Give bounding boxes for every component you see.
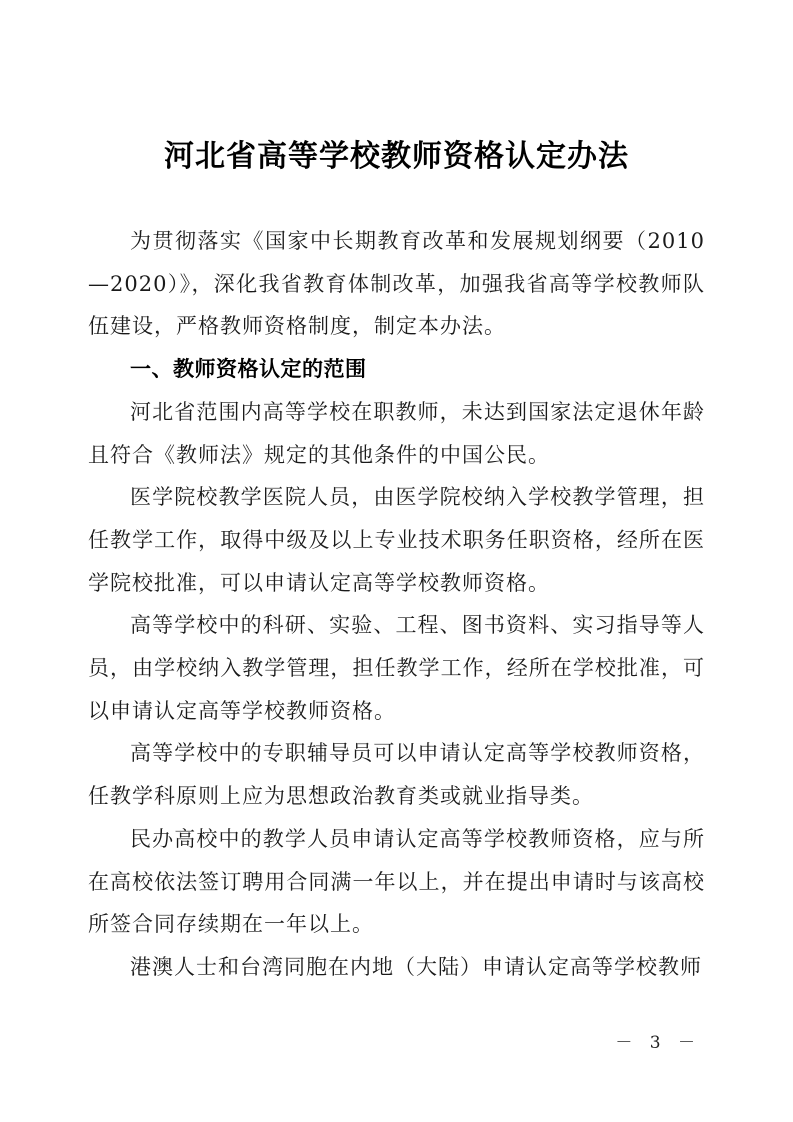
paragraph-medical-school-staff: 医学院校教学医院人员，由医学院校纳入学校教学管理，担任教学工作，取得中级及以上专… — [88, 476, 705, 604]
document-body: 为贯彻落实《国家中长期教育改革和发展规划纲要（2010—2020）》，深化我省教… — [88, 220, 705, 989]
paragraph-scope-citizens: 河北省范围内高等学校在职教师，未达到国家法定退休年龄且符合《教师法》规定的其他条… — [88, 391, 705, 476]
paragraph-counselors: 高等学校中的专职辅导员可以申请认定高等学校教师资格，任教学科原则上应为思想政治教… — [88, 732, 705, 817]
section-heading-scope: 一、教师资格认定的范围 — [88, 348, 705, 391]
document-title: 河北省高等学校教师资格认定办法 — [88, 0, 705, 176]
document-page: 河北省高等学校教师资格认定办法 为贯彻落实《国家中长期教育改革和发展规划纲要（2… — [0, 0, 793, 1122]
paragraph-hk-macau-taiwan: 港澳人士和台湾同胞在内地（大陆）申请认定高等学校教师 — [88, 946, 705, 989]
paragraph-private-college-staff: 民办高校中的教学人员申请认定高等学校教师资格，应与所在高校依法签订聘用合同满一年… — [88, 818, 705, 946]
paragraph-intro: 为贯彻落实《国家中长期教育改革和发展规划纲要（2010—2020）》，深化我省教… — [88, 220, 705, 348]
paragraph-research-staff: 高等学校中的科研、实验、工程、图书资料、实习指导等人员，由学校纳入教学管理，担任… — [88, 604, 705, 732]
page-number: － 3 － — [615, 1028, 701, 1053]
